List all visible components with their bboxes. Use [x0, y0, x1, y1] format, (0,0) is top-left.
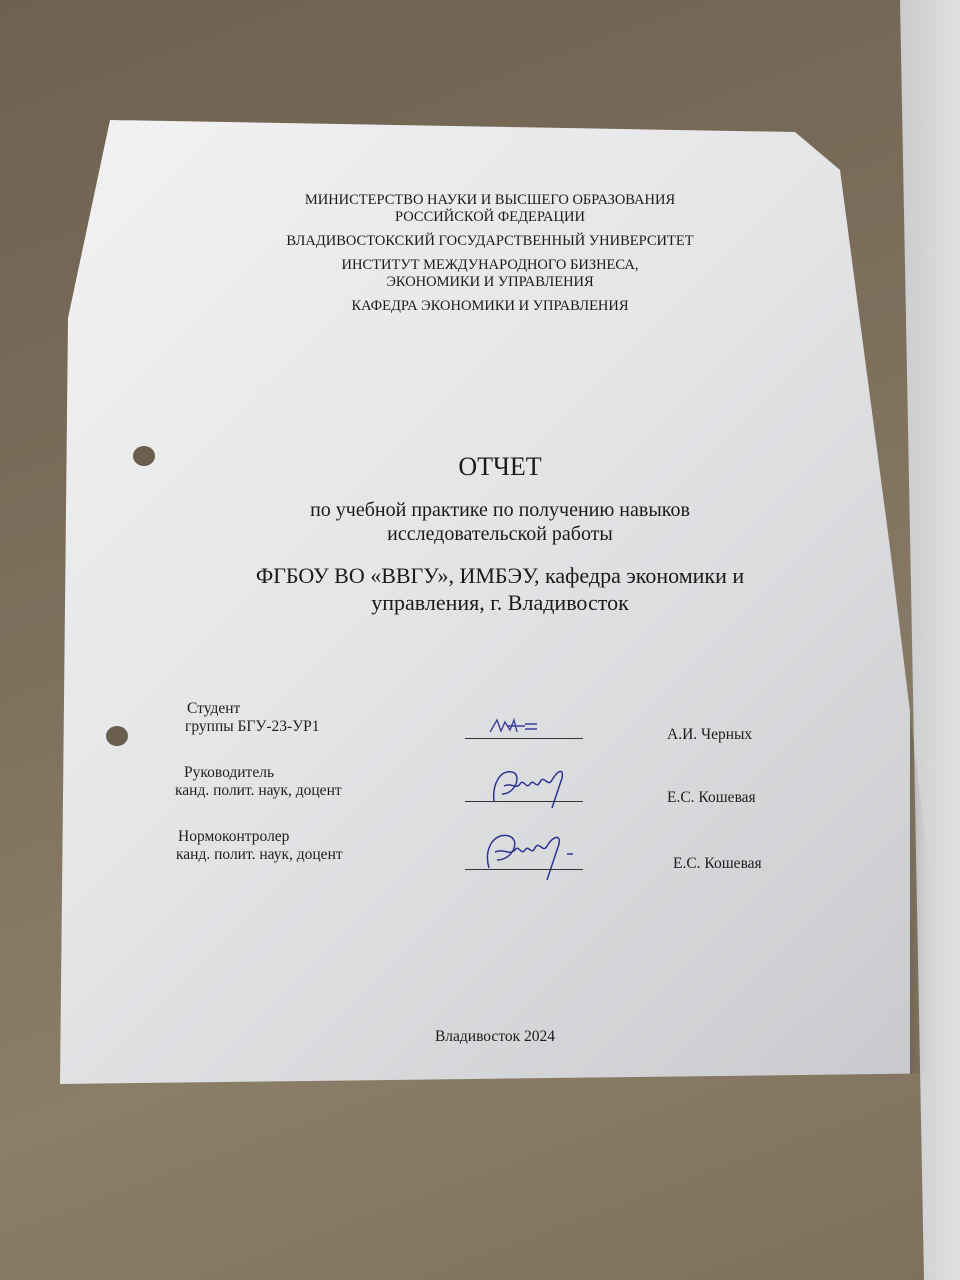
signature-icon: [482, 764, 582, 814]
subtitle-line: исследовательской работы: [387, 523, 613, 545]
signature-icon: [475, 828, 585, 884]
organization-line: управления, г. Владивосток: [371, 590, 629, 615]
punch-hole-bottom: [106, 726, 128, 746]
punch-hole-top: [133, 446, 155, 466]
signatory-name: А.И. Черных: [667, 726, 752, 744]
header-line: ВЛАДИВОСТОКСКИЙ ГОСУДАРСТВЕННЫЙ УНИВЕРСИ…: [286, 233, 693, 249]
signatory-name: Е.С. Кошевая: [667, 789, 756, 807]
document-title: ОТЧЕТ: [260, 452, 740, 482]
header-line: ИНСТИТУТ МЕЖДУНАРОДНОГО БИЗНЕСА,: [342, 257, 639, 273]
signatory-role: Руководитель канд. полит. наук, доцент: [184, 764, 342, 800]
subtitle-line: по учебной практике по получению навыков: [310, 499, 690, 521]
signatory-role: Студент группы БГУ-23-УР1: [187, 700, 320, 736]
header-line: ЭКОНОМИКИ И УПРАВЛЕНИЯ: [386, 274, 593, 290]
header-line: РОССИЙСКОЙ ФЕДЕРАЦИИ: [395, 209, 585, 225]
header-line: КАФЕДРА ЭКОНОМИКИ И УПРАВЛЕНИЯ: [351, 298, 628, 314]
signature-icon: [485, 714, 555, 738]
signatory-role: Нормоконтролер канд. полит. наук, доцент: [178, 828, 343, 864]
background-wall: [900, 0, 960, 1280]
organization-line: ФГБОУ ВО «ВВГУ», ИМБЭУ, кафедра экономик…: [256, 563, 744, 588]
signature-line: [465, 801, 583, 802]
signature-line: [465, 869, 583, 870]
place-and-year: Владивосток 2024: [380, 1028, 610, 1046]
organization: ФГБОУ ВО «ВВГУ», ИМБЭУ, кафедра экономик…: [190, 562, 810, 616]
signatory-name: Е.С. Кошевая: [673, 855, 762, 873]
institution-header: МИНИСТЕРСТВО НАУКИ И ВЫСШЕГО ОБРАЗОВАНИЯ…: [240, 192, 740, 322]
header-line: МИНИСТЕРСТВО НАУКИ И ВЫСШЕГО ОБРАЗОВАНИЯ: [305, 192, 675, 208]
signature-line: [465, 738, 583, 739]
document-subtitle: по учебной практике по получению навыков…: [220, 498, 780, 546]
